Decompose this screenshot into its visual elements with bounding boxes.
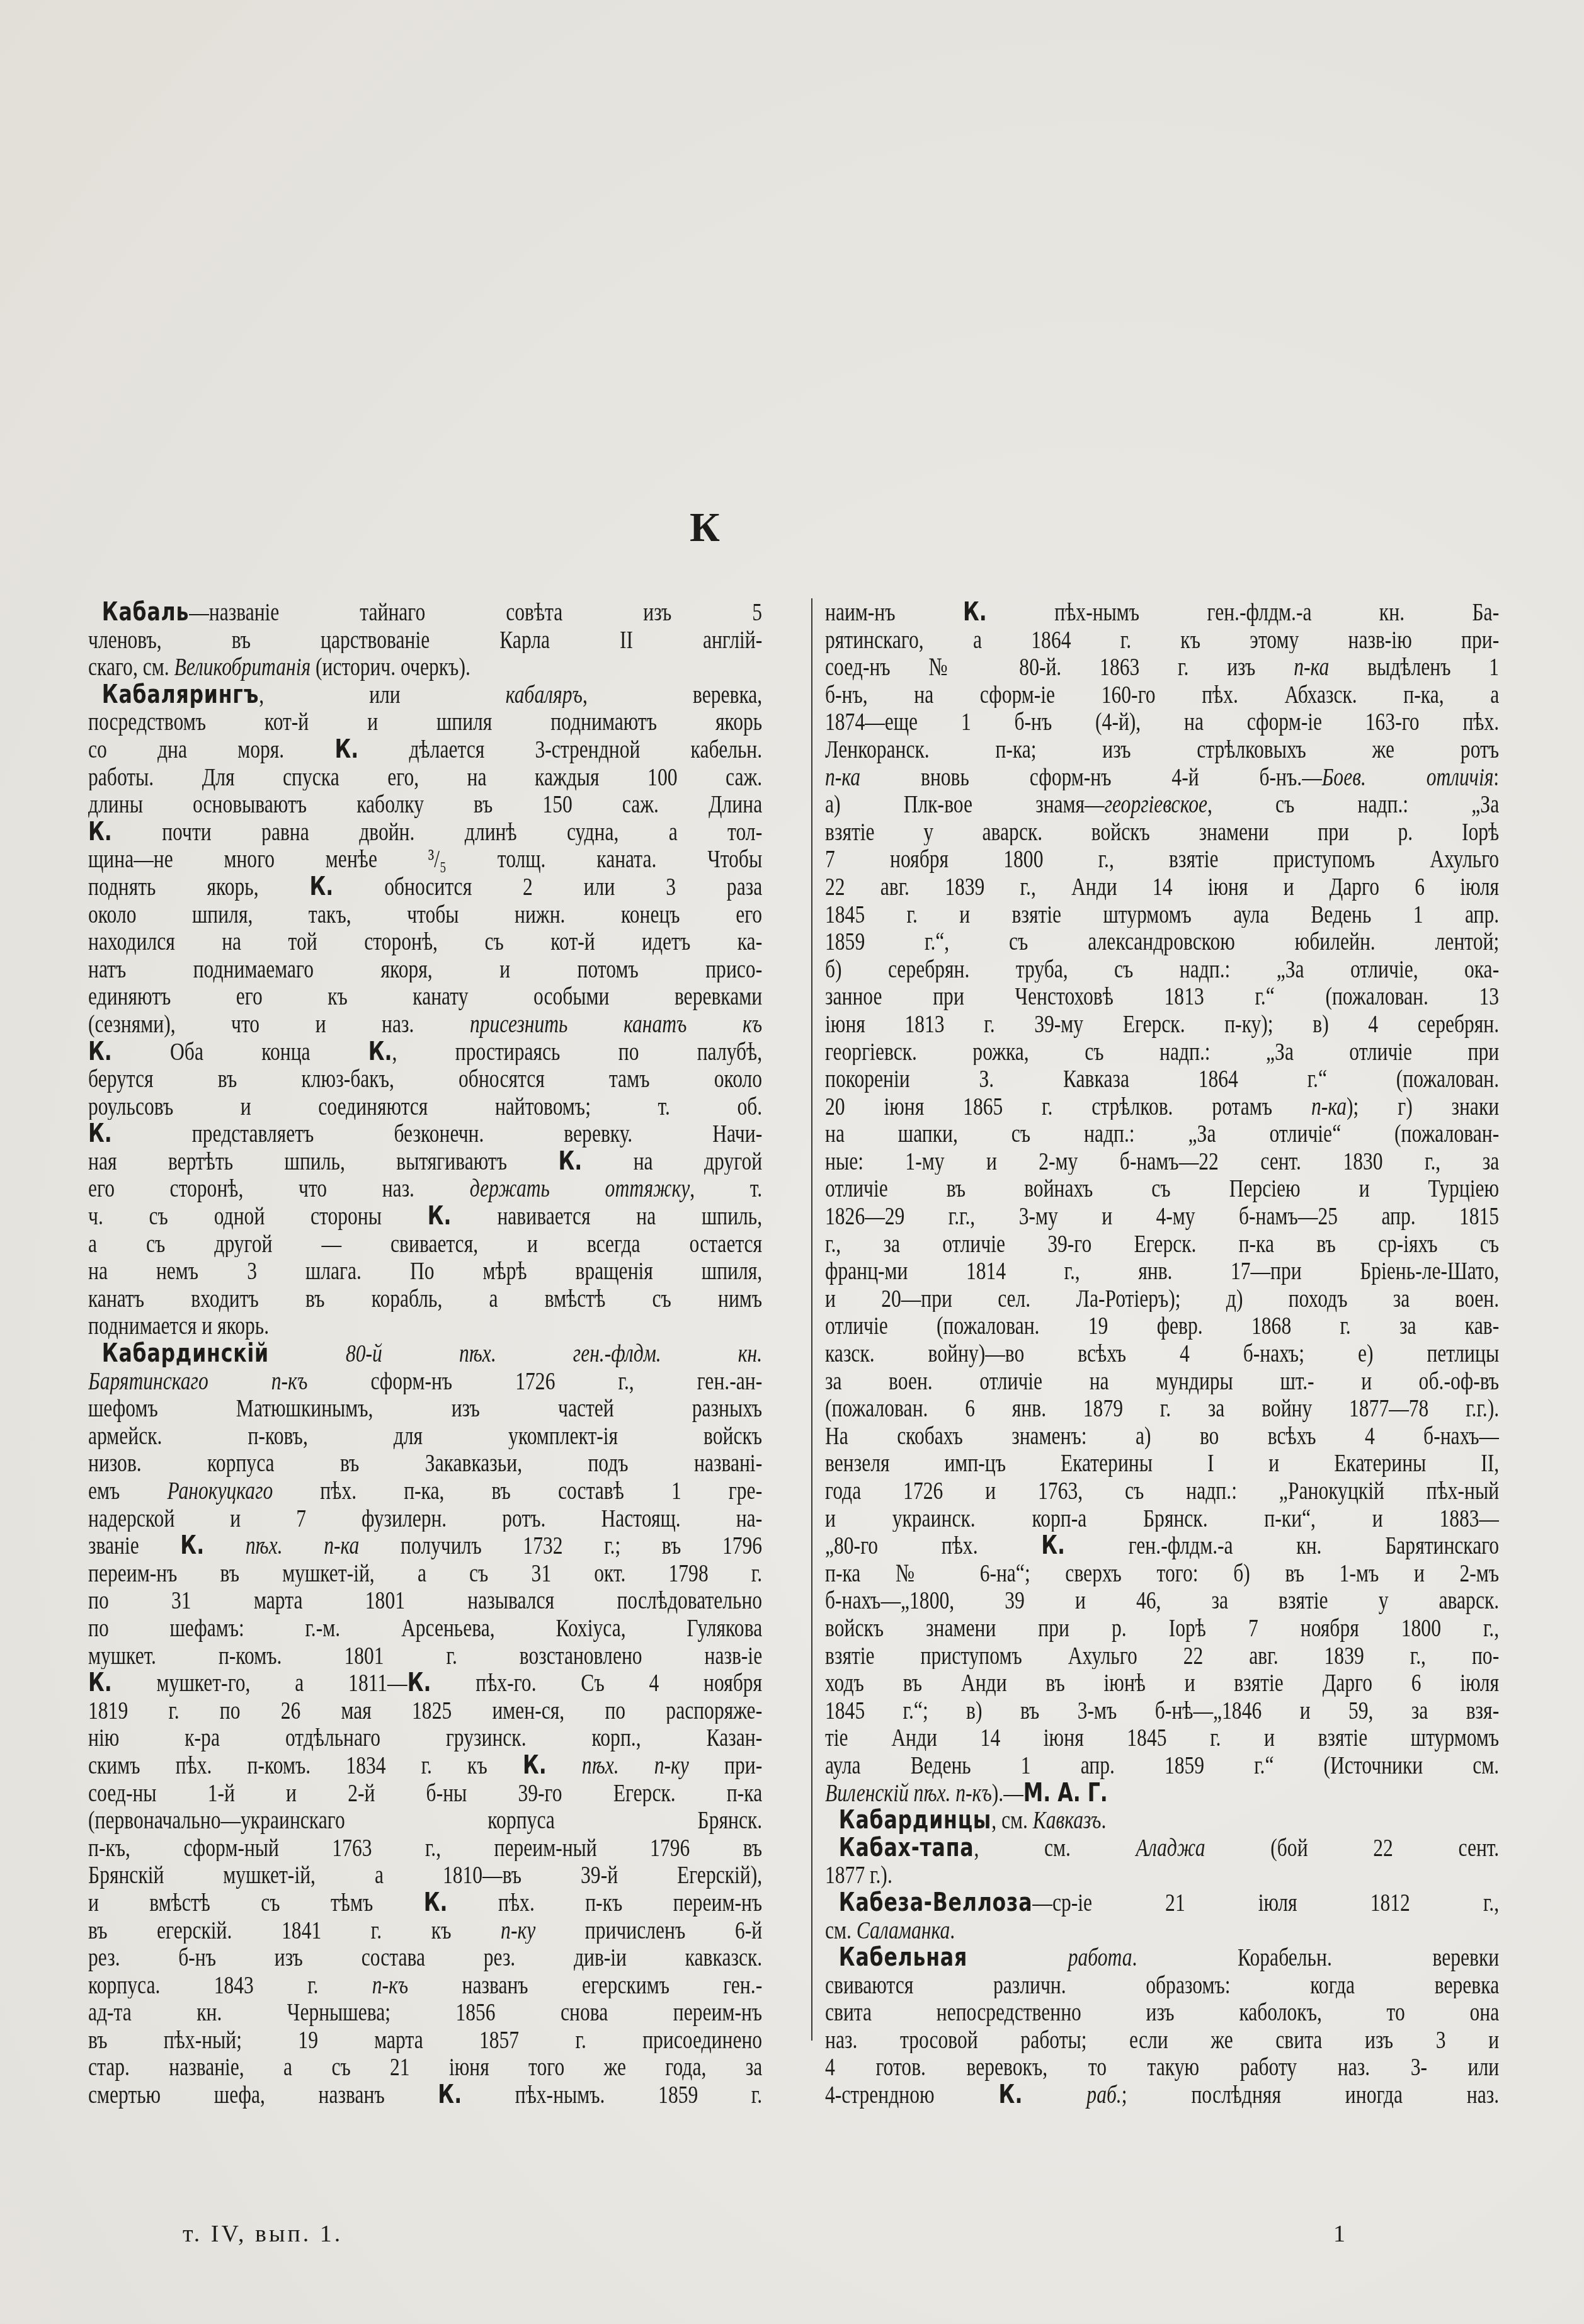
body-text: отличіе въ войнахъ съ Персіею и Турціею [825,1175,1499,1202]
body-text: мушкет-го, а 1811— [112,1669,407,1697]
text-line: низов. корпуса въ Закавказьи, подъ назва… [88,1449,762,1477]
bold-abbrev: К. [407,1669,431,1697]
text-line: и 20—при сел. Ла-Ротіеръ); д) походъ за … [825,1285,1499,1313]
text-line: около шпиля, такъ, чтобы нижн. конецъ ег… [88,901,762,928]
body-text: за воен. отличіе на мундиры шт.- и об.-о… [825,1367,1499,1395]
bold-abbrev: К. [88,1038,112,1066]
body-text: 7 ноября 1800 г., взятіе приступомъ Ахул… [825,845,1499,873]
body-text: 1877 г.). [825,1861,892,1889]
body-text: ген.-флдм.-а кн. Барятинскаго [1065,1532,1499,1559]
body-text: ; послѣдняя иногда наз. [1122,2081,1499,2109]
body-text [967,1944,1068,1971]
body-text: (пожалован. 6 янв. 1879 г. за войну 1877… [825,1394,1499,1422]
text-line: по шефамъ: г.-м. Арсеньева, Кохіуса, Гул… [88,1614,762,1642]
body-text: Брянскій мушкет-ій, а 1810—въ 39-й Егерс… [88,1861,762,1889]
body-text: роульсовъ и соединяются найтовомъ; т. об… [88,1093,762,1120]
text-line: канатъ входитъ въ корабль, а вмѣстѣ съ н… [88,1285,762,1313]
body-text: (историч. очеркъ). [311,653,470,681]
text-line: Кабардинцы, см. Кавказъ. [825,1806,1499,1834]
body-text: на немъ 3 шлага. По мѣрѣ вращенія шпиля, [88,1257,762,1285]
body-text: , веревка, [583,681,762,709]
text-line: емъ Ранокуцкаго пѣх. п-ка, въ составѣ 1 … [88,1477,762,1505]
body-text: пѣх. п-ка, въ составѣ 1 гре- [273,1477,762,1505]
body-text: б-нъ, на сформ-іе 160-го пѣх. Абхазск. п… [825,681,1499,709]
text-line: б) серебрян. труба, съ надп.: „За отличі… [825,955,1499,983]
body-text: ); г) знаки [1347,1093,1499,1120]
body-text: въ пѣх-ный; 19 марта 1857 г. присоединен… [88,2026,762,2054]
body-text: переим-нъ въ мушкет-ій, а съ 31 окт. 179… [88,1559,762,1587]
text-line: На скобахъ знаменъ: а) во всѣхъ 4 б-нахъ… [825,1422,1499,1450]
text-line: поднять якорь, К. обносится 2 или 3 раза [88,873,762,901]
body-text: . [1101,1806,1106,1834]
body-text: его сторонѣ, что наз. [88,1175,470,1202]
text-line: работы. Для спуска его, на каждыя 100 са… [88,763,762,791]
body-text: На скобахъ знаменъ: а) во всѣхъ 4 б-нахъ… [825,1422,1499,1450]
italic-text: Ранокуцкаго [167,1477,273,1505]
text-line: по 31 марта 1801 назывался послѣдователь… [88,1586,762,1614]
body-text: корпуса. 1843 г. [88,1971,372,1999]
body-text: надерской и 7 фузилерн. ротъ. Настоящ. н… [88,1505,762,1532]
body-text: скимъ пѣх. п-комъ. 1834 г. къ [88,1752,523,1779]
body-text: армейск. п-ковъ, для укомплект-ія войскъ [88,1422,762,1450]
italic-text: Боев. отличія [1322,763,1494,791]
body-text: франц-ми 1814 г., янв. 17—при Бріень-ле-… [825,1257,1499,1285]
text-line: скимъ пѣх. п-комъ. 1834 г. къ К. пѣх. п-… [88,1752,762,1779]
column-divider [811,598,812,2041]
text-line: армейск. п-ковъ, для укомплект-ія войскъ [88,1422,762,1450]
text-line: членовъ, въ царствованіе Карла II англій… [88,626,762,654]
body-text: (сезнями), что и наз. [88,1010,470,1038]
body-text: пѣх-го. Съ 4 ноября [431,1669,763,1697]
body-text: нію к-ра отдѣльнаго грузинск. корп., Каз… [88,1724,762,1752]
body-text: смертью шефа, названъ [88,2081,438,2109]
body-text: а съ другой — свивается, и всегда остает… [88,1230,762,1258]
text-line: аула Ведень 1 апр. 1859 г.“ (Источники с… [825,1752,1499,1779]
text-line: (сезнями), что и наз. присезнить канатъ … [88,1010,762,1038]
body-text: наз. тросовой работы; если же свита изъ … [825,2026,1499,2054]
text-line: (первоначально—украинскаго корпуса Брянс… [88,1806,762,1834]
text-line: Виленскій пѣх. п-къ).—М. А. Г. [825,1779,1499,1807]
body-text: (первоначально—украинскаго корпуса Брянс… [88,1806,762,1834]
body-text: казск. войну)—во всѣхъ 4 б-нахъ; е) петл… [825,1340,1499,1367]
bold-abbrev: К. [180,1532,204,1559]
body-text: пѣх-нымъ. 1859 г. [462,2081,762,2109]
text-line: см. Саламанка. [825,1917,1499,1944]
body-text: войскъ знамени при р. Іорѣ 7 ноября 1800… [825,1614,1499,1642]
text-line: на шапки, съ надп.: „За отличіе“ (пожало… [825,1120,1499,1148]
italic-text: п-ка [1311,1093,1347,1120]
text-line: нію к-ра отдѣльнаго грузинск. корп., Каз… [88,1724,762,1752]
bold-abbrev: К. [88,1120,112,1148]
body-text: Ленкоранск. п-ка; изъ стрѣлковыхъ же рот… [825,736,1499,763]
text-line: соед-нъ № 80-й. 1863 г. изъ п-ка выдѣлен… [825,653,1499,681]
text-line: наим-нъ К. пѣх-нымъ ген.-флдм.-а кн. Ба- [825,598,1499,626]
text-line: Кабеза-Веллоза—ср-іе 21 іюля 1812 г., [825,1889,1499,1917]
text-line: свита непосредственно изъ каболокъ, то о… [825,1998,1499,2026]
text-line: покореніи З. Кавказа 1864 г.“ (пожалован… [825,1065,1499,1093]
bold-abbrev: М. А. Г. [1023,1779,1108,1807]
body-text: поднимается и якорь. [88,1312,269,1340]
body-text: на шапки, съ надп.: „За отличіе“ (пожало… [825,1120,1499,1148]
text-line: посредствомъ кот-й и шпиля поднимаютъ як… [88,708,762,736]
text-line: 20 іюня 1865 г. стрѣлков. ротамъ п-ка); … [825,1093,1499,1120]
entry-headword: Кабельная [839,1944,967,1971]
body-text: наим-нъ [825,598,963,626]
text-line: роульсовъ и соединяются найтовомъ; т. об… [88,1093,762,1120]
body-text: пѣх. п-къ переим-нъ [448,1889,763,1917]
italic-text: держать оттяжку [470,1175,690,1202]
body-text: —ср-іе 21 іюля 1812 г., [1032,1889,1499,1917]
italic-text: Кавказъ [1033,1806,1102,1834]
body-text: работы. Для спуска его, на каждыя 100 са… [88,763,762,791]
body-text: и 20—при сел. Ла-Ротіеръ); д) походъ за … [825,1285,1499,1313]
page-number: 1 [1333,2220,1345,2248]
body-text: тіе Анди 14 іюня 1845 г. и взятіе штурмо… [825,1724,1499,1752]
entry-headword: Кабаль [102,598,189,626]
body-text [269,1340,346,1367]
text-line: Кабаль—названіе тайнаго совѣта изъ 5 [88,598,762,626]
bold-abbrev: К. [999,2081,1023,2109]
body-text: а) Плк-вое знамя— [825,790,1105,818]
entry-headword: Кабеза-Веллоза [839,1889,1032,1917]
text-line: свиваются различн. образомъ: когда верев… [825,1971,1499,1999]
italic-text: Саламанка [857,1917,950,1944]
text-line: франц-ми 1814 г., янв. 17—при Бріень-ле-… [825,1257,1499,1285]
body-text: 1874—еще 1 б-нъ (4-й), на сформ-іе 163-г… [825,708,1499,736]
body-text: единяютъ его къ канату особыми веревками [88,983,762,1010]
text-line: отличіе въ войнахъ съ Персіею и Турціею [825,1175,1499,1202]
text-line: а) Плк-вое знамя—георгіевское, съ надп.:… [825,790,1499,818]
body-text: 22 авг. 1839 г., Анди 14 іюня и Дарго 6 … [825,873,1499,901]
italic-text: Виленскій пѣх. п-къ [825,1779,992,1807]
body-text: (бой 22 сент. [1205,1834,1500,1862]
bold-abbrev: К. [309,873,333,901]
text-line: георгіевск. рожка, съ надп.: „За отличіе… [825,1038,1499,1066]
text-line: 1877 г.). [825,1861,1499,1889]
text-line: К. представляетъ безконечн. веревку. Нач… [88,1120,762,1148]
text-line: Кабардинскій 80-й пѣх. ген.-флдм. кн. [88,1340,762,1367]
text-line: въ пѣх-ный; 19 марта 1857 г. присоединен… [88,2026,762,2054]
body-text: причисленъ 6-й [535,1917,762,1944]
text-line: ч. съ одной стороны К. навивается на шпи… [88,1202,762,1230]
entry-headword: Кабах-тапа [839,1834,974,1862]
text-line: Кабах-тапа, см. Аладжа (бой 22 сент. [825,1834,1499,1862]
body-text: стар. названіе, а съ 21 іюня того же год… [88,2053,762,2081]
body-text: натъ поднимаемаго якоря, и потомъ присо- [88,955,762,983]
text-line: Ленкоранск. п-ка; изъ стрѣлковыхъ же рот… [825,736,1499,763]
text-line: берутся въ клюз-бакъ, обносятся тамъ око… [88,1065,762,1093]
body-text: занное при Ченстоховѣ 1813 г.“ (пожалова… [825,983,1499,1010]
body-text: взятіе у аварск. войскъ знамени при р. І… [825,818,1499,846]
text-line: званіе К. пѣх. п-ка получилъ 1732 г.; въ… [88,1532,762,1559]
body-text: Оба конца [112,1038,368,1066]
body-text: см. [825,1917,857,1944]
italic-text: Барятинскаго п-къ [88,1367,307,1395]
body-text: ные: 1-му и 2-му б-намъ—22 сент. 1830 г.… [825,1148,1499,1175]
body-text: , съ надп.: „За [1207,790,1499,818]
right-column-text: наим-нъ К. пѣх-нымъ ген.-флдм.-а кн. Ба-… [825,598,1499,2109]
body-text: званіе [88,1532,180,1559]
body-text: берутся въ клюз-бакъ, обносятся тамъ око… [88,1065,762,1093]
text-line: длины основываютъ каболку въ 150 саж. Дл… [88,790,762,818]
text-line: б-нъ, на сформ-іе 160-го пѣх. Абхазск. п… [825,681,1499,709]
text-line: ходъ въ Анди въ іюнѣ и взятіе Дарго 6 ію… [825,1669,1499,1697]
text-line: шефомъ Матюшкинымъ, изъ частей разныхъ [88,1394,762,1422]
text-line: натъ поднимаемаго якоря, и потомъ присо- [88,955,762,983]
body-text: рятинскаго, а 1864 г. къ этому назв-ію п… [825,626,1499,654]
section-letter-heading: К [690,504,721,552]
encyclopedia-page: К Кабаль—названіе тайнаго совѣта изъ 5чл… [0,0,1584,2324]
body-text: навивается на шпиль, [452,1202,763,1230]
text-line: (пожалован. 6 янв. 1879 г. за войну 1877… [825,1394,1499,1422]
body-text: со дна моря. [88,736,334,763]
body-text: дѣлается 3-стрендной кабельн. [358,736,762,763]
body-text: б) серебрян. труба, съ надп.: „За отличі… [825,955,1499,983]
text-line: г., за отличіе 39-го Егерск. п-ка въ ср-… [825,1230,1499,1258]
body-text: мушкет. п-комъ. 1801 г. возстановлено на… [88,1642,762,1670]
entry-headword: Кабардинскій [102,1340,269,1367]
body-text: , или [259,681,506,709]
body-text: , т. [690,1175,762,1202]
text-line: 4-стрендною К. раб.; послѣдняя иногда на… [825,2081,1499,2109]
body-text: поднять якорь, [88,873,309,901]
text-line: на немъ 3 шлага. По мѣрѣ вращенія шпиля, [88,1257,762,1285]
text-line: п-къ, сформ-ный 1763 г., переим-ный 1796… [88,1834,762,1862]
body-text: ад-та кн. Чернышева; 1856 снова переим-н… [88,1998,762,2026]
body-text: соед-ны 1-й и 2-й б-ны 39-го Егерск. п-к… [88,1779,762,1807]
text-line: ные: 1-му и 2-му б-намъ—22 сент. 1830 г.… [825,1148,1499,1175]
bold-abbrev: К. [88,818,112,846]
bold-abbrev: К. [424,1889,448,1917]
text-line: въ егерскій. 1841 г. къ п-ку причисленъ … [88,1917,762,1944]
body-text: около шпиля, такъ, чтобы нижн. конецъ ег… [88,901,762,928]
entry-headword: Кабардинцы [839,1806,991,1834]
text-line: поднимается и якорь. [88,1312,762,1340]
body-text: щина—не много менѣе ³/₅ толщ. каната. Чт… [88,845,762,873]
italic-text: Великобританія [174,653,311,681]
body-text: низов. корпуса въ Закавказьи, подъ назва… [88,1449,762,1477]
text-line: наз. тросовой работы; если же свита изъ … [825,2026,1499,2054]
body-text: по шефамъ: г.-м. Арсеньева, Кохіуса, Гул… [88,1614,762,1642]
body-text: вензеля имп-цъ Екатерины I и Екатерины I… [825,1449,1499,1477]
text-line: Кабельная работа. Корабельн. веревки [825,1944,1499,1971]
body-text: соед-нъ № 80-й. 1863 г. изъ [825,653,1294,681]
text-line: стар. названіе, а съ 21 іюня того же год… [88,2053,762,2081]
text-line: 1859 г.“, съ александровскою юбилейн. ле… [825,928,1499,955]
body-text: и украинск. корп-а Брянск. п-ки“, и 1883… [825,1505,1499,1532]
body-text [1022,2081,1086,2109]
italic-text: раб. [1086,2081,1121,2109]
text-line: мушкет. п-комъ. 1801 г. возстановлено на… [88,1642,762,1670]
text-line: его сторонѣ, что наз. держать оттяжку, т… [88,1175,762,1202]
body-text: свиваются различн. образомъ: когда верев… [825,1971,1499,1999]
italic-text: пѣх. п-ка [246,1532,360,1559]
body-text: сформ-нъ 1726 г., ген.-ан- [307,1367,762,1395]
body-text: георгіевск. рожка, съ надп.: „За отличіе… [825,1038,1499,1066]
text-line: рез. б-нъ изъ состава рез. див-іи кавказ… [88,1944,762,1971]
body-text: рез. б-нъ изъ состава рез. див-іи кавказ… [88,1944,762,1971]
body-text: получилъ 1732 г.; въ 1796 [359,1532,762,1559]
body-text: отличіе (пожалован. 19 февр. 1868 г. за … [825,1312,1499,1340]
body-text: длины основываютъ каболку въ 150 саж. Дл… [88,790,762,818]
volume-footer: т. IV, вып. 1. [183,2220,343,2248]
text-line: единяютъ его къ канату особыми веревками [88,983,762,1010]
text-line: п-ка № 6-на“; сверхъ того: б) въ 1-мъ и … [825,1559,1499,1587]
text-line: ад-та кн. Чернышева; 1856 снова переим-н… [88,1998,762,2026]
text-line: 1874—еще 1 б-нъ (4-й), на сформ-іе 163-г… [825,708,1499,736]
italic-text: п-ка [825,763,860,791]
body-text: въ егерскій. 1841 г. къ [88,1917,501,1944]
bold-abbrev: К. [88,1669,112,1697]
text-line: казск. войну)—во всѣхъ 4 б-нахъ; е) петл… [825,1340,1499,1367]
text-line: находился на той сторонѣ, съ кот-й идетъ… [88,928,762,955]
bold-abbrev: К. [334,736,358,763]
body-text: п-ка № 6-на“; сверхъ того: б) въ 1-мъ и … [825,1559,1499,1587]
text-line: Барятинскаго п-къ сформ-нъ 1726 г., ген.… [88,1367,762,1395]
italic-text: присезнить канатъ къ [470,1010,762,1038]
body-text: на другой [582,1148,762,1175]
text-line: 1826—29 г.г., 3-му и 4-му б-намъ—25 апр.… [825,1202,1499,1230]
body-text: 20 іюня 1865 г. стрѣлков. ротамъ [825,1093,1311,1120]
body-text: свита непосредственно изъ каболокъ, то о… [825,1998,1499,2026]
body-text: ч. съ одной стороны [88,1202,428,1230]
text-line: и украинск. корп-а Брянск. п-ки“, и 1883… [825,1505,1499,1532]
body-text: представляетъ безконечн. веревку. Начи- [112,1120,762,1148]
bold-abbrev: К. [438,2081,462,2109]
italic-text: п-ка [1294,653,1329,681]
body-text: „80-го пѣх. [825,1532,1041,1559]
text-line: 22 авг. 1839 г., Анди 14 іюня и Дарго 6 … [825,873,1499,901]
text-line: Брянскій мушкет-ій, а 1810—въ 39-й Егерс… [88,1861,762,1889]
text-line: смертью шефа, названъ К. пѣх-нымъ. 1859 … [88,2081,762,2109]
body-text: 4-стрендною [825,2081,999,2109]
bold-abbrev: К. [368,1038,392,1066]
body-text: б-нахъ—„1800, 39 и 46, за взятіе у аварс… [825,1586,1499,1614]
body-text: іюня 1813 г. 39-му Егерск. п-ку); в) 4 с… [825,1010,1499,1038]
text-line: іюня 1813 г. 39-му Егерск. п-ку); в) 4 с… [825,1010,1499,1038]
body-text: 1826—29 г.г., 3-му и 4-му б-намъ—25 апр.… [825,1202,1499,1230]
text-line: Кабалярингъ, или кабаляръ, веревка, [88,681,762,709]
italic-text: работа [1068,1944,1132,1971]
body-text: 4 готов. веревокъ, то такую работу наз. … [825,2053,1499,2081]
body-text: пѣх-нымъ ген.-флдм.-а кн. Ба- [987,598,1499,626]
text-line: 7 ноября 1800 г., взятіе приступомъ Ахул… [825,845,1499,873]
text-line: 4 готов. веревокъ, то такую работу наз. … [825,2053,1499,2081]
body-text: шефомъ Матюшкинымъ, изъ частей разныхъ [88,1394,762,1422]
body-text: почти равна двойн. длинѣ судна, а тол- [112,818,762,846]
text-line: за воен. отличіе на мундиры шт.- и об.-о… [825,1367,1499,1395]
body-text: ).— [992,1779,1023,1807]
bold-abbrev: К. [1041,1532,1065,1559]
text-line: корпуса. 1843 г. п-къ названъ егерскимъ … [88,1971,762,1999]
bold-abbrev: К. [428,1202,452,1230]
text-line: ная вертѣть шпиль, вытягиваютъ К. на дру… [88,1148,762,1175]
body-text: . Корабельн. веревки [1132,1944,1500,1971]
body-text: вновь сформ-нъ 4-й б-нъ.— [860,763,1322,791]
text-line: щина—не много менѣе ³/₅ толщ. каната. Чт… [88,845,762,873]
body-text: аула Ведень 1 апр. 1859 г.“ (Источники с… [825,1752,1499,1779]
body-text: 1845 г. и взятіе штурмомъ аула Ведень 1 … [825,901,1499,928]
italic-text: 80-й пѣх. ген.-флдм. кн. [346,1340,762,1367]
body-text: выдѣленъ 1 [1329,653,1499,681]
body-text: п-къ, сформ-ный 1763 г., переим-ный 1796… [88,1834,762,1862]
text-line: п-ка вновь сформ-нъ 4-й б-нъ.—Боев. отли… [825,763,1499,791]
body-text: канатъ входитъ въ корабль, а вмѣстѣ съ н… [88,1285,762,1313]
text-line: занное при Ченстоховѣ 1813 г.“ (пожалова… [825,983,1499,1010]
text-line: соед-ны 1-й и 2-й б-ны 39-го Егерск. п-к… [88,1779,762,1807]
body-text [547,1752,582,1779]
bold-abbrev: К. [558,1148,582,1175]
body-text: г., за отличіе 39-го Егерск. п-ка въ ср-… [825,1230,1499,1258]
text-line: 1845 г.“; в) въ 3-мъ б-нѣ—„1846 и 59, за… [825,1697,1499,1724]
text-line: 1845 г. и взятіе штурмомъ аула Ведень 1 … [825,901,1499,928]
body-text: скаго, см. [88,653,174,681]
italic-text: п-къ [372,1971,408,1999]
text-line: взятіе приступомъ Ахульго 22 авг. 1839 г… [825,1642,1499,1670]
italic-text: пѣх. п-ку [582,1752,689,1779]
body-text: : [1493,763,1499,791]
text-line: отличіе (пожалован. 19 февр. 1868 г. за … [825,1312,1499,1340]
text-line: К. мушкет-го, а 1811—К. пѣх-го. Съ 4 ноя… [88,1669,762,1697]
text-line: К. Оба конца К., простираясь по палубѣ, [88,1038,762,1066]
body-text: посредствомъ кот-й и шпиля поднимаютъ як… [88,708,762,736]
text-line: взятіе у аварск. войскъ знамени при р. І… [825,818,1499,846]
body-text: членовъ, въ царствованіе Карла II англій… [88,626,762,654]
text-line: тіе Анди 14 іюня 1845 г. и взятіе штурмо… [825,1724,1499,1752]
left-column-text: Кабаль—названіе тайнаго совѣта изъ 5член… [88,598,762,2109]
body-text: 1819 г. по 26 мая 1825 имен-ся, по распо… [88,1697,762,1724]
text-line: рятинскаго, а 1864 г. къ этому назв-ію п… [825,626,1499,654]
body-text: —названіе тайнаго совѣта изъ 5 [189,598,762,626]
text-line: а съ другой — свивается, и всегда остает… [88,1230,762,1258]
text-line: 1819 г. по 26 мая 1825 имен-ся, по распо… [88,1697,762,1724]
body-text [204,1532,246,1559]
body-text: года 1726 и 1763, съ надп.: „Ранокуцкій … [825,1477,1499,1505]
body-text: ходъ въ Анди въ іюнѣ и взятіе Дарго 6 ію… [825,1669,1499,1697]
body-text: . [950,1917,955,1944]
body-text: покореніи З. Кавказа 1864 г.“ (пожалован… [825,1065,1499,1093]
entry-headword: Кабалярингъ [102,681,259,709]
text-line: войскъ знамени при р. Іорѣ 7 ноября 1800… [825,1614,1499,1642]
text-line: вензеля имп-цъ Екатерины I и Екатерины I… [825,1449,1499,1477]
italic-text: георгіевское [1105,790,1207,818]
body-text: находился на той сторонѣ, съ кот-й идетъ… [88,928,762,955]
body-text: при- [689,1752,762,1779]
text-line: б-нахъ—„1800, 39 и 46, за взятіе у аварс… [825,1586,1499,1614]
text-line: года 1726 и 1763, съ надп.: „Ранокуцкій … [825,1477,1499,1505]
text-line: и вмѣстѣ съ тѣмъ К. пѣх. п-къ переим-нъ [88,1889,762,1917]
body-text: 1845 г.“; в) въ 3-мъ б-нѣ—„1846 и 59, за… [825,1697,1499,1724]
italic-text: Аладжа [1136,1834,1205,1862]
italic-text: кабаляръ [506,681,583,709]
bold-abbrev: К. [963,598,987,626]
text-line: скаго, см. Великобританія (историч. очер… [88,653,762,681]
body-text: и вмѣстѣ съ тѣмъ [88,1889,424,1917]
body-text: 1859 г.“, съ александровскою юбилейн. ле… [825,928,1499,955]
body-text: обносится 2 или 3 раза [333,873,762,901]
body-text: емъ [88,1477,167,1505]
bold-abbrev: К. [523,1752,547,1779]
body-text: ная вертѣть шпиль, вытягиваютъ [88,1148,558,1175]
italic-text: п-ку [501,1917,535,1944]
body-text: названъ егерскимъ ген.- [408,1971,762,1999]
body-text: взятіе приступомъ Ахульго 22 авг. 1839 г… [825,1642,1499,1670]
text-line: переим-нъ въ мушкет-ій, а съ 31 окт. 179… [88,1559,762,1587]
text-line: со дна моря. К. дѣлается 3-стрендной каб… [88,736,762,763]
text-line: К. почти равна двойн. длинѣ судна, а тол… [88,818,762,846]
body-text: , простираясь по палубѣ, [392,1038,763,1066]
body-text: по 31 марта 1801 назывался послѣдователь… [88,1586,762,1614]
